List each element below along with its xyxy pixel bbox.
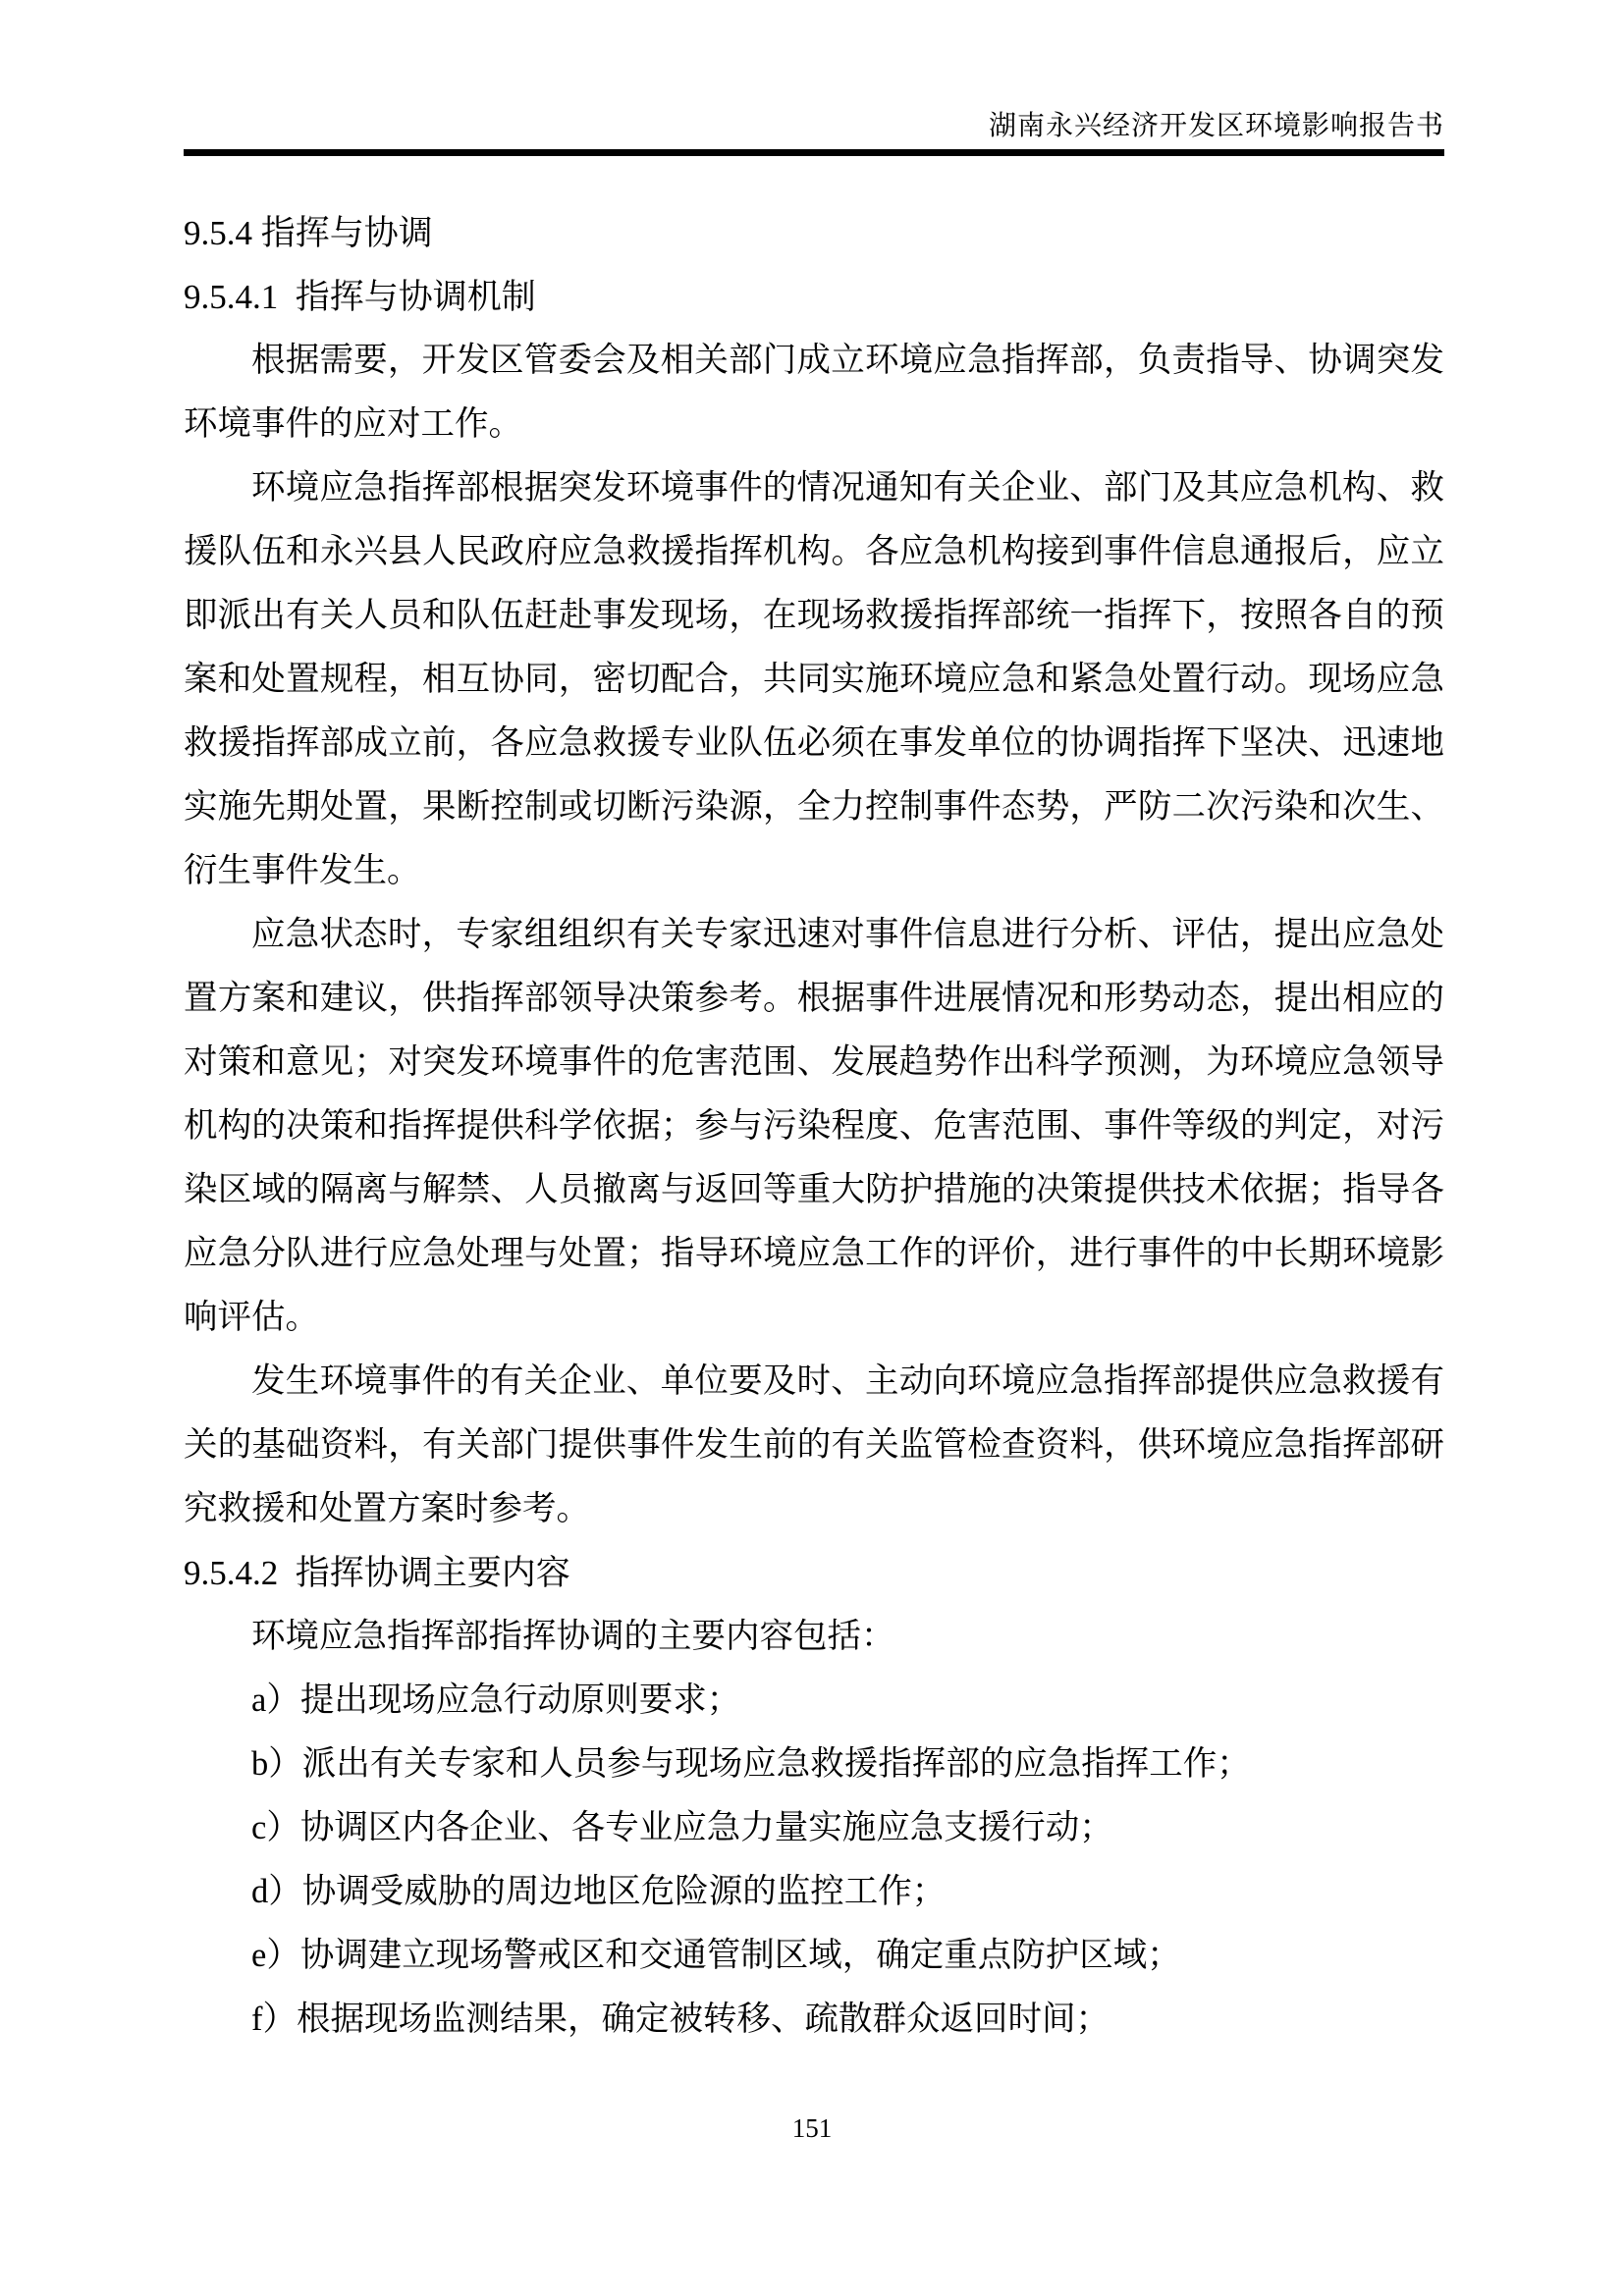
paragraph-response-procedure: 环境应急指挥部根据突发环境事件的情况通知有关企业、部门及其应急机构、救援队伍和永…: [184, 456, 1444, 903]
section-heading-954: 9.5.4 指挥与协调: [184, 201, 1444, 265]
list-item-c: c）协调区内各企业、各专业应急力量实施应急支援行动；: [184, 1796, 1444, 1860]
list-item-f: f）根据现场监测结果，确定被转移、疏散群众返回时间；: [184, 1988, 1444, 2052]
document-page: 湖南永兴经济开发区环境影响报告书 9.5.4 指挥与协调 9.5.4.1 指挥与…: [0, 0, 1624, 2296]
section-heading-9541: 9.5.4.1 指挥与协调机制: [184, 265, 1444, 329]
header-title: 湖南永兴经济开发区环境影响报告书: [989, 111, 1444, 141]
list-item-e: e）协调建立现场警戒区和交通管制区域，确定重点防护区域；: [184, 1924, 1444, 1988]
list-item-a: a）提出现场应急行动原则要求；: [184, 1669, 1444, 1733]
paragraph-enterprise-data: 发生环境事件的有关企业、单位要及时、主动向环境应急指挥部提供应急救援有关的基础资…: [184, 1350, 1444, 1541]
page-footer: 151: [0, 2110, 1624, 2146]
section-heading-9542: 9.5.4.2 指挥协调主要内容: [184, 1541, 1444, 1605]
paragraph-expert-group: 应急状态时，专家组组织有关专家迅速对事件信息进行分析、评估，提出应急处置方案和建…: [184, 903, 1444, 1350]
list-item-b: b）派出有关专家和人员参与现场应急救援指挥部的应急指挥工作；: [184, 1733, 1444, 1796]
paragraph-list-intro: 环境应急指挥部指挥协调的主要内容包括：: [184, 1605, 1444, 1669]
page-content: 9.5.4 指挥与协调 9.5.4.1 指挥与协调机制 根据需要，开发区管委会及…: [184, 201, 1444, 2052]
list-item-d: d）协调受威胁的周边地区危险源的监控工作；: [184, 1860, 1444, 1924]
page-header: 湖南永兴经济开发区环境影响报告书: [184, 108, 1444, 156]
paragraph-command-setup: 根据需要，开发区管委会及相关部门成立环境应急指挥部，负责指导、协调突发环境事件的…: [184, 329, 1444, 456]
page-number: 151: [792, 2113, 833, 2143]
